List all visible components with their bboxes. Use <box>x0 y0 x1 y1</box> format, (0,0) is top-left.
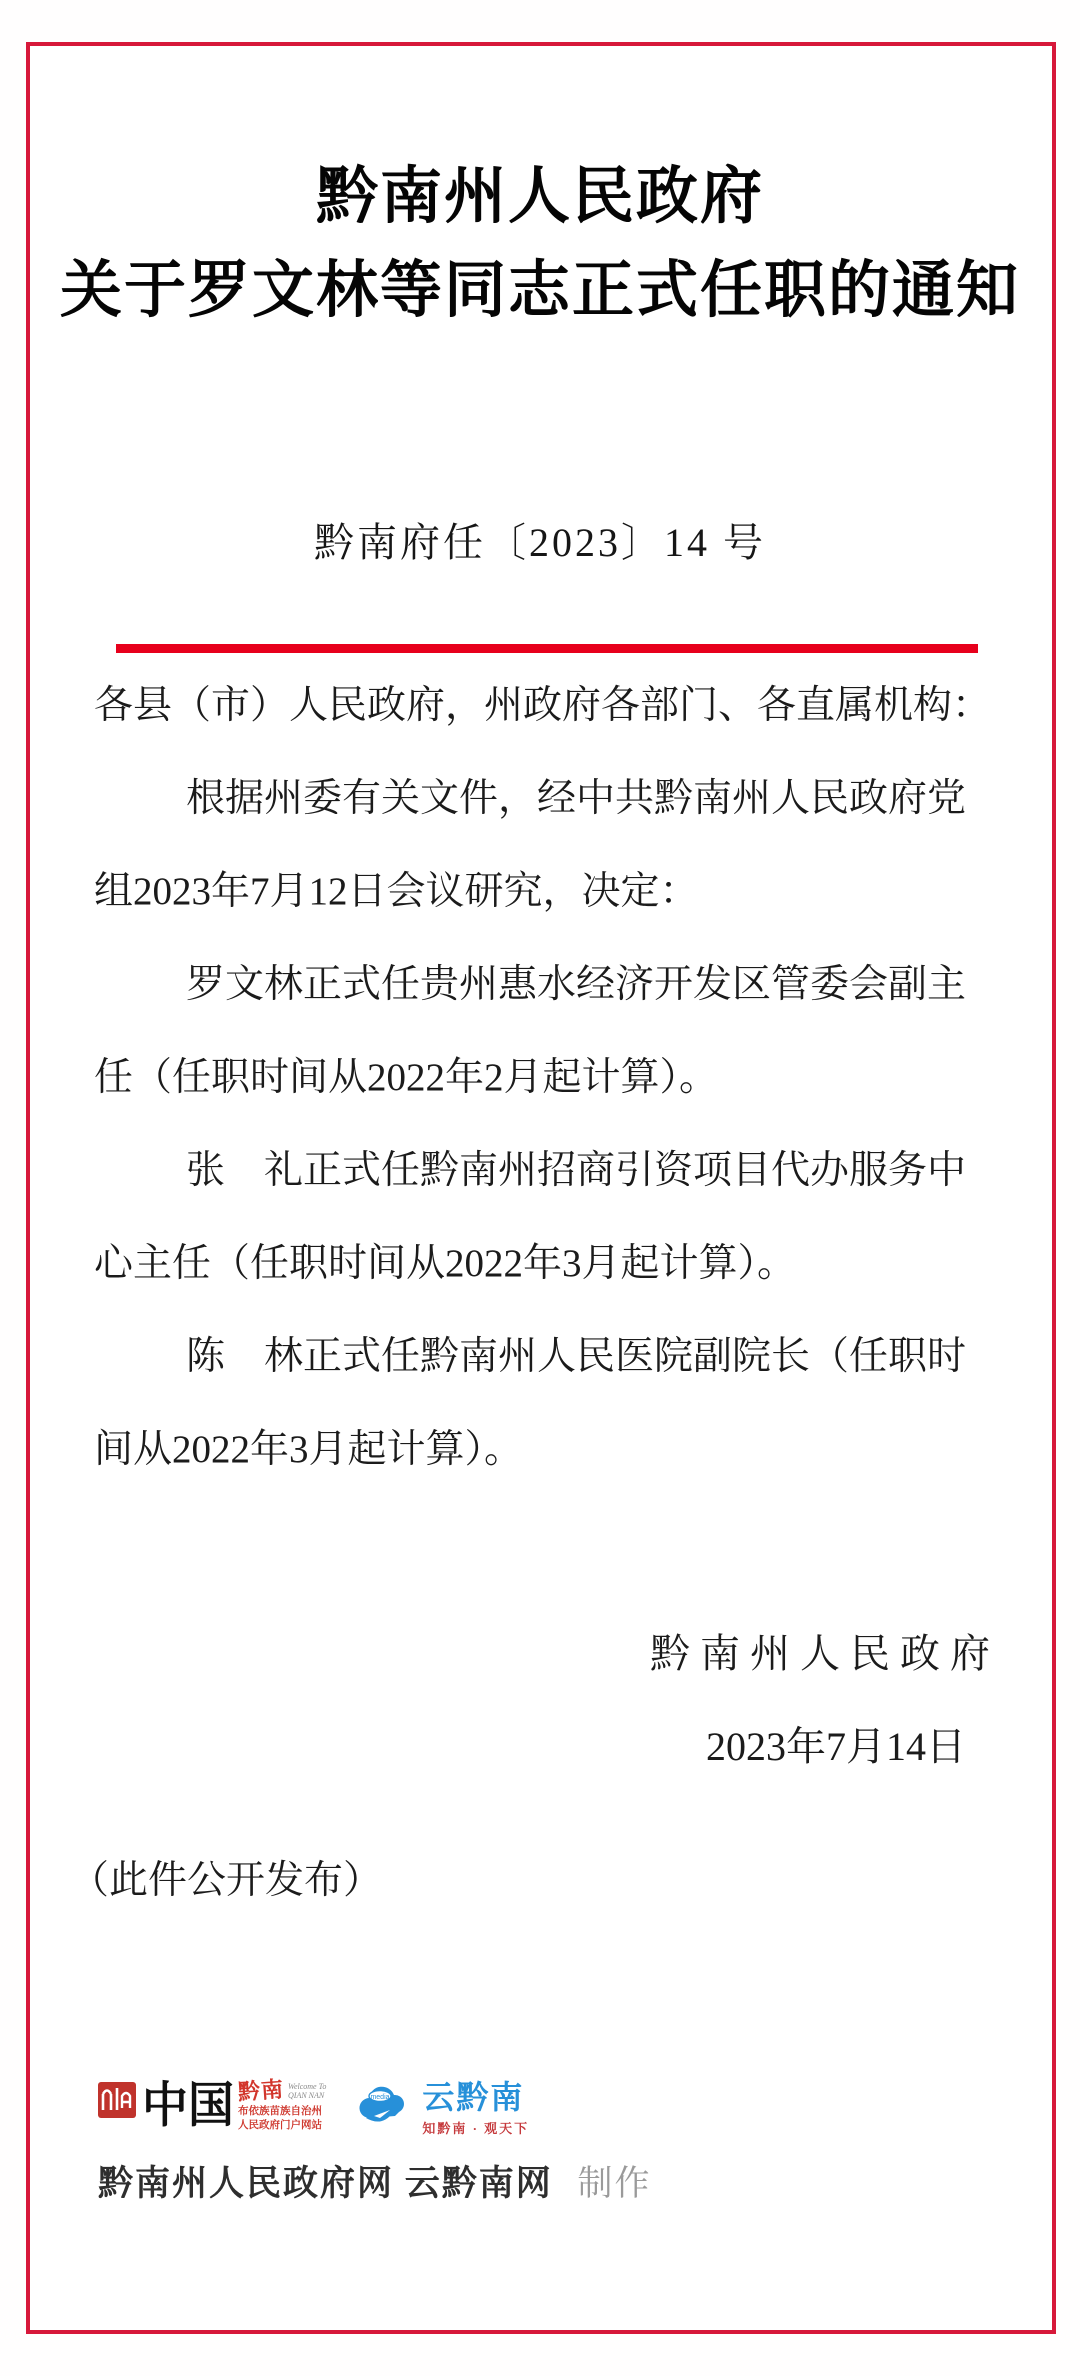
body-line: 各县（市）人民政府，州政府各部门、各直属机构： <box>94 659 999 752</box>
document-title: 黔南州人民政府 关于罗文林等同志正式任职的通知 <box>0 150 1080 338</box>
cloud-qiannan-logo: media 云黔南 知黔南 · 观天下 <box>356 2080 529 2137</box>
body-line: 心主任（任职时间从2022年3月起计算）。 <box>94 1217 999 1310</box>
china-calligraphy-text: 中国 <box>142 2079 234 2134</box>
notice-page: 黔南州人民政府 关于罗文林等同志正式任职的通知 黔南府任〔2023〕14 号 各… <box>0 0 1080 2376</box>
title-line-2: 关于罗文林等同志正式任职的通知 <box>0 244 1080 338</box>
document-number: 黔南府任〔2023〕14 号 <box>0 515 1080 571</box>
credit-producers: 黔南州人民政府网 云黔南网 <box>98 2164 553 2203</box>
cloud-qiannan-name: 云黔南 <box>422 2080 529 2114</box>
body-line: 张 礼正式任黔南州招商引资项目代办服务中 <box>94 1124 999 1217</box>
signature-date: 2023年7月14日 <box>94 1700 966 1793</box>
qiannan-script-text: 黔南 <box>237 2078 284 2103</box>
svg-text:media: media <box>371 2094 390 2101</box>
title-line-1: 黔南州人民政府 <box>0 150 1080 244</box>
red-divider-line <box>116 644 978 653</box>
body-line: 组2023年7月12日会议研究，决定： <box>94 845 999 938</box>
body-line: 根据州委有关文件，经中共黔南州人民政府党 <box>94 752 999 845</box>
body-line: 任（任职时间从2022年2月起计算）。 <box>94 1031 999 1124</box>
signature-issuer: 黔 南 州 人 民 政 府 <box>94 1607 990 1700</box>
cloud-media-icon: media <box>356 2080 414 2133</box>
welcome-text: Welcome To QIAN NAN <box>288 2080 326 2100</box>
body-line: 间从2022年3月起计算）。 <box>94 1403 999 1496</box>
gov-portal-logo: 中国 黔南 Welcome To QIAN NAN 布依族苗族自治州 人民政府门… <box>98 2080 326 2132</box>
public-release-note: （此件公开发布） <box>70 1834 382 1927</box>
gov-portal-subtitle: 布依族苗族自治州 人民政府门户网站 <box>238 2105 326 2132</box>
footer-credit: 黔南州人民政府网 云黔南网 制作 <box>98 2156 652 2212</box>
body-line: 陈 林正式任黔南州人民医院副院长（任职时 <box>94 1310 999 1403</box>
body-line: 罗文林正式任贵州惠水经济开发区管委会副主 <box>94 938 999 1031</box>
credit-made-by: 制作 <box>578 2164 652 2203</box>
cloud-qiannan-tagline: 知黔南 · 观天下 <box>422 2118 529 2137</box>
gov-logo-text-block: 黔南 Welcome To QIAN NAN 布依族苗族自治州 人民政府门户网站 <box>238 2080 326 2132</box>
china-seal-icon <box>98 2080 138 2125</box>
document-body: 各县（市）人民政府，州政府各部门、各直属机构：根据州委有关文件，经中共黔南州人民… <box>94 659 999 1496</box>
footer-logos: 中国 黔南 Welcome To QIAN NAN 布依族苗族自治州 人民政府门… <box>98 2080 529 2150</box>
